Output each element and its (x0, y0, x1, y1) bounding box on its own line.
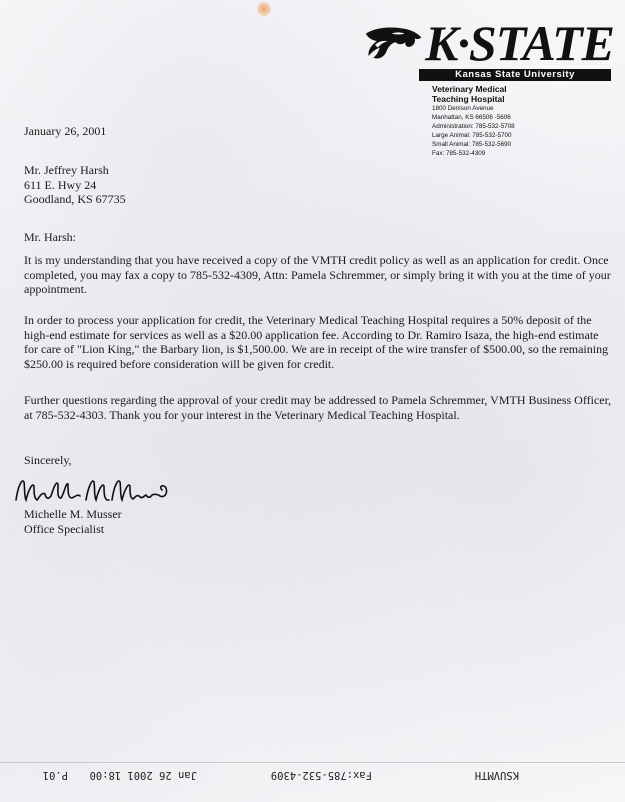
recipient-name: Mr. Jeffrey Harsh (24, 163, 126, 178)
address-street: 1800 Denison Avenue (432, 104, 515, 113)
kstate-wordmark: K·STATE (425, 18, 614, 68)
fax-timestamp: Jan 26 2001 18:00 (90, 769, 197, 781)
fax-sender-id: KSUVMTH (475, 769, 519, 781)
fax-sender-number: Fax:785-532-4309 (271, 769, 372, 781)
paper-stain (257, 2, 271, 16)
paragraph-deposit-requirement: In order to process your application for… (24, 313, 614, 371)
letter-date: January 26, 2001 (24, 124, 106, 139)
wildcat-logo-icon (364, 23, 423, 63)
salutation: Mr. Harsh: (24, 230, 76, 245)
kstate-logo: K·STATE Kansas State University (364, 18, 614, 68)
address-city: Manhattan, KS 66506 -5606 (432, 113, 515, 122)
fax-number: Fax: 785-532-4309 (432, 149, 515, 158)
recipient-address: Mr. Jeffrey Harsh 611 E. Hwy 24 Goodland… (24, 163, 126, 207)
department-name-line1: Veterinary Medical (432, 84, 515, 94)
phone-administration: Administration: 785-532-5708 (432, 122, 515, 131)
paragraph-credit-policy: It is my understanding that you have rec… (24, 253, 614, 297)
signer-name: Michelle M. Musser (24, 507, 122, 522)
recipient-city: Goodland, KS 67735 (24, 192, 126, 207)
university-banner: Kansas State University (419, 69, 611, 81)
paragraph-further-questions: Further questions regarding the approval… (24, 393, 614, 422)
letterhead-contact-block: Veterinary Medical Teaching Hospital 180… (432, 84, 515, 158)
phone-small-animal: Small Animal: 785-532-5690 (432, 140, 515, 149)
signer-block: Michelle M. Musser Office Specialist (24, 507, 122, 536)
fax-transmission-header: KSUVMTH Fax:785-532-4309 Jan 26 2001 18:… (0, 762, 625, 789)
signer-title: Office Specialist (24, 522, 122, 537)
department-name-line2: Teaching Hospital (432, 94, 515, 104)
fax-page-number: P.01 (43, 769, 68, 781)
phone-large-animal: Large Animal: 785-532-5700 (432, 131, 515, 140)
closing: Sincerely, (24, 453, 72, 468)
handwritten-signature (12, 472, 172, 508)
recipient-street: 611 E. Hwy 24 (24, 178, 126, 193)
